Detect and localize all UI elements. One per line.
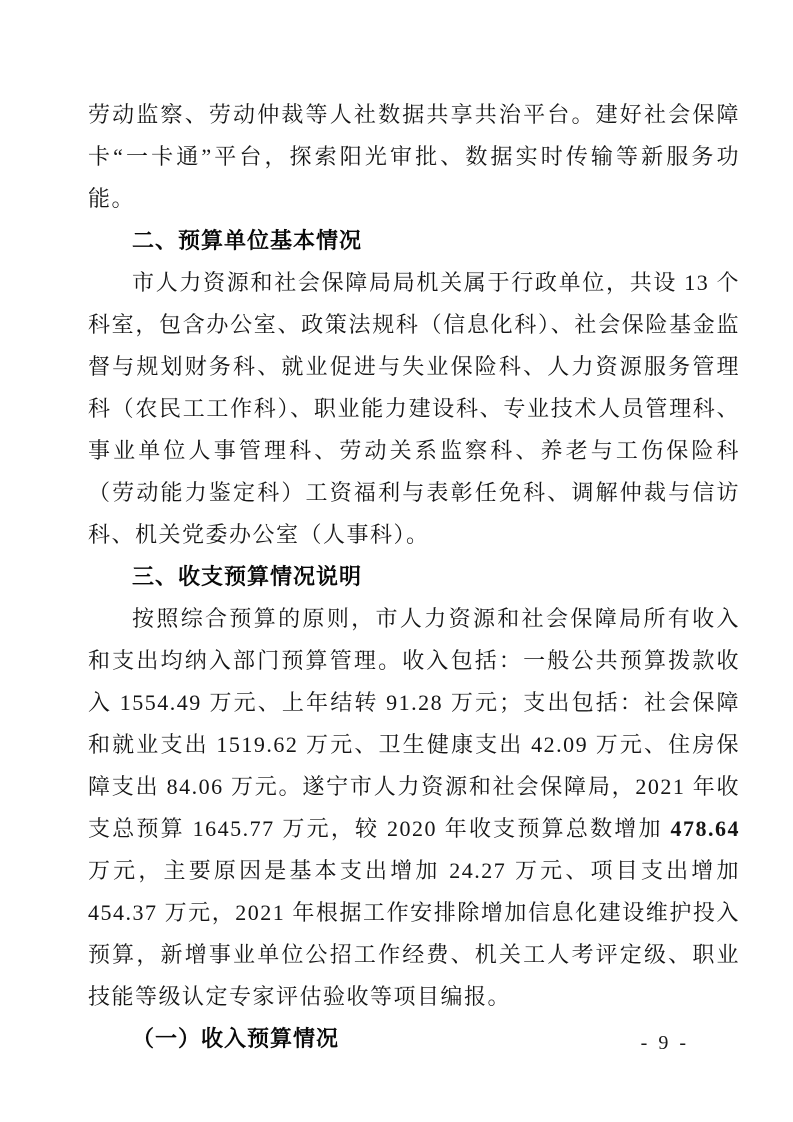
section-heading: 三、收支预算情况说明 xyxy=(88,556,740,598)
document-body: 劳动监察、劳动仲裁等人社数据共享共治平台。建好社会保障卡“一卡通”平台，探索阳光… xyxy=(88,94,740,1060)
document-page: 劳动监察、劳动仲裁等人社数据共享共治平台。建好社会保障卡“一卡通”平台，探索阳光… xyxy=(0,0,793,1122)
text-run: 按照综合预算的原则，市人力资源和社会保障局所有收入和支出均纳入部门预算管理。收入… xyxy=(88,606,740,841)
text-run: 劳动监察、劳动仲裁等人社数据共享共治平台。建好社会保障卡“一卡通”平台，探索阳光… xyxy=(88,102,740,211)
text-run: 万元，主要原因是基本支出增加 24.27 万元、项目支出增加 454.37 万元… xyxy=(88,858,740,1009)
text-run: （一）收入预算情况 xyxy=(132,1026,339,1051)
body-paragraph: 市人力资源和社会保障局局机关属于行政单位，共设 13 个科室，包含办公室、政策法… xyxy=(88,262,740,556)
text-run: 三、收支预算情况说明 xyxy=(132,564,362,589)
text-run: 二、预算单位基本情况 xyxy=(132,228,362,253)
highlighted-amount: 478.64 xyxy=(671,816,741,841)
page-number: - 9 - xyxy=(641,1028,689,1058)
text-run: 市人力资源和社会保障局局机关属于行政单位，共设 13 个科室，包含办公室、政策法… xyxy=(88,270,740,547)
section-heading: 二、预算单位基本情况 xyxy=(88,220,740,262)
body-paragraph: 按照综合预算的原则，市人力资源和社会保障局所有收入和支出均纳入部门预算管理。收入… xyxy=(88,598,740,1018)
body-paragraph: 劳动监察、劳动仲裁等人社数据共享共治平台。建好社会保障卡“一卡通”平台，探索阳光… xyxy=(88,94,740,220)
